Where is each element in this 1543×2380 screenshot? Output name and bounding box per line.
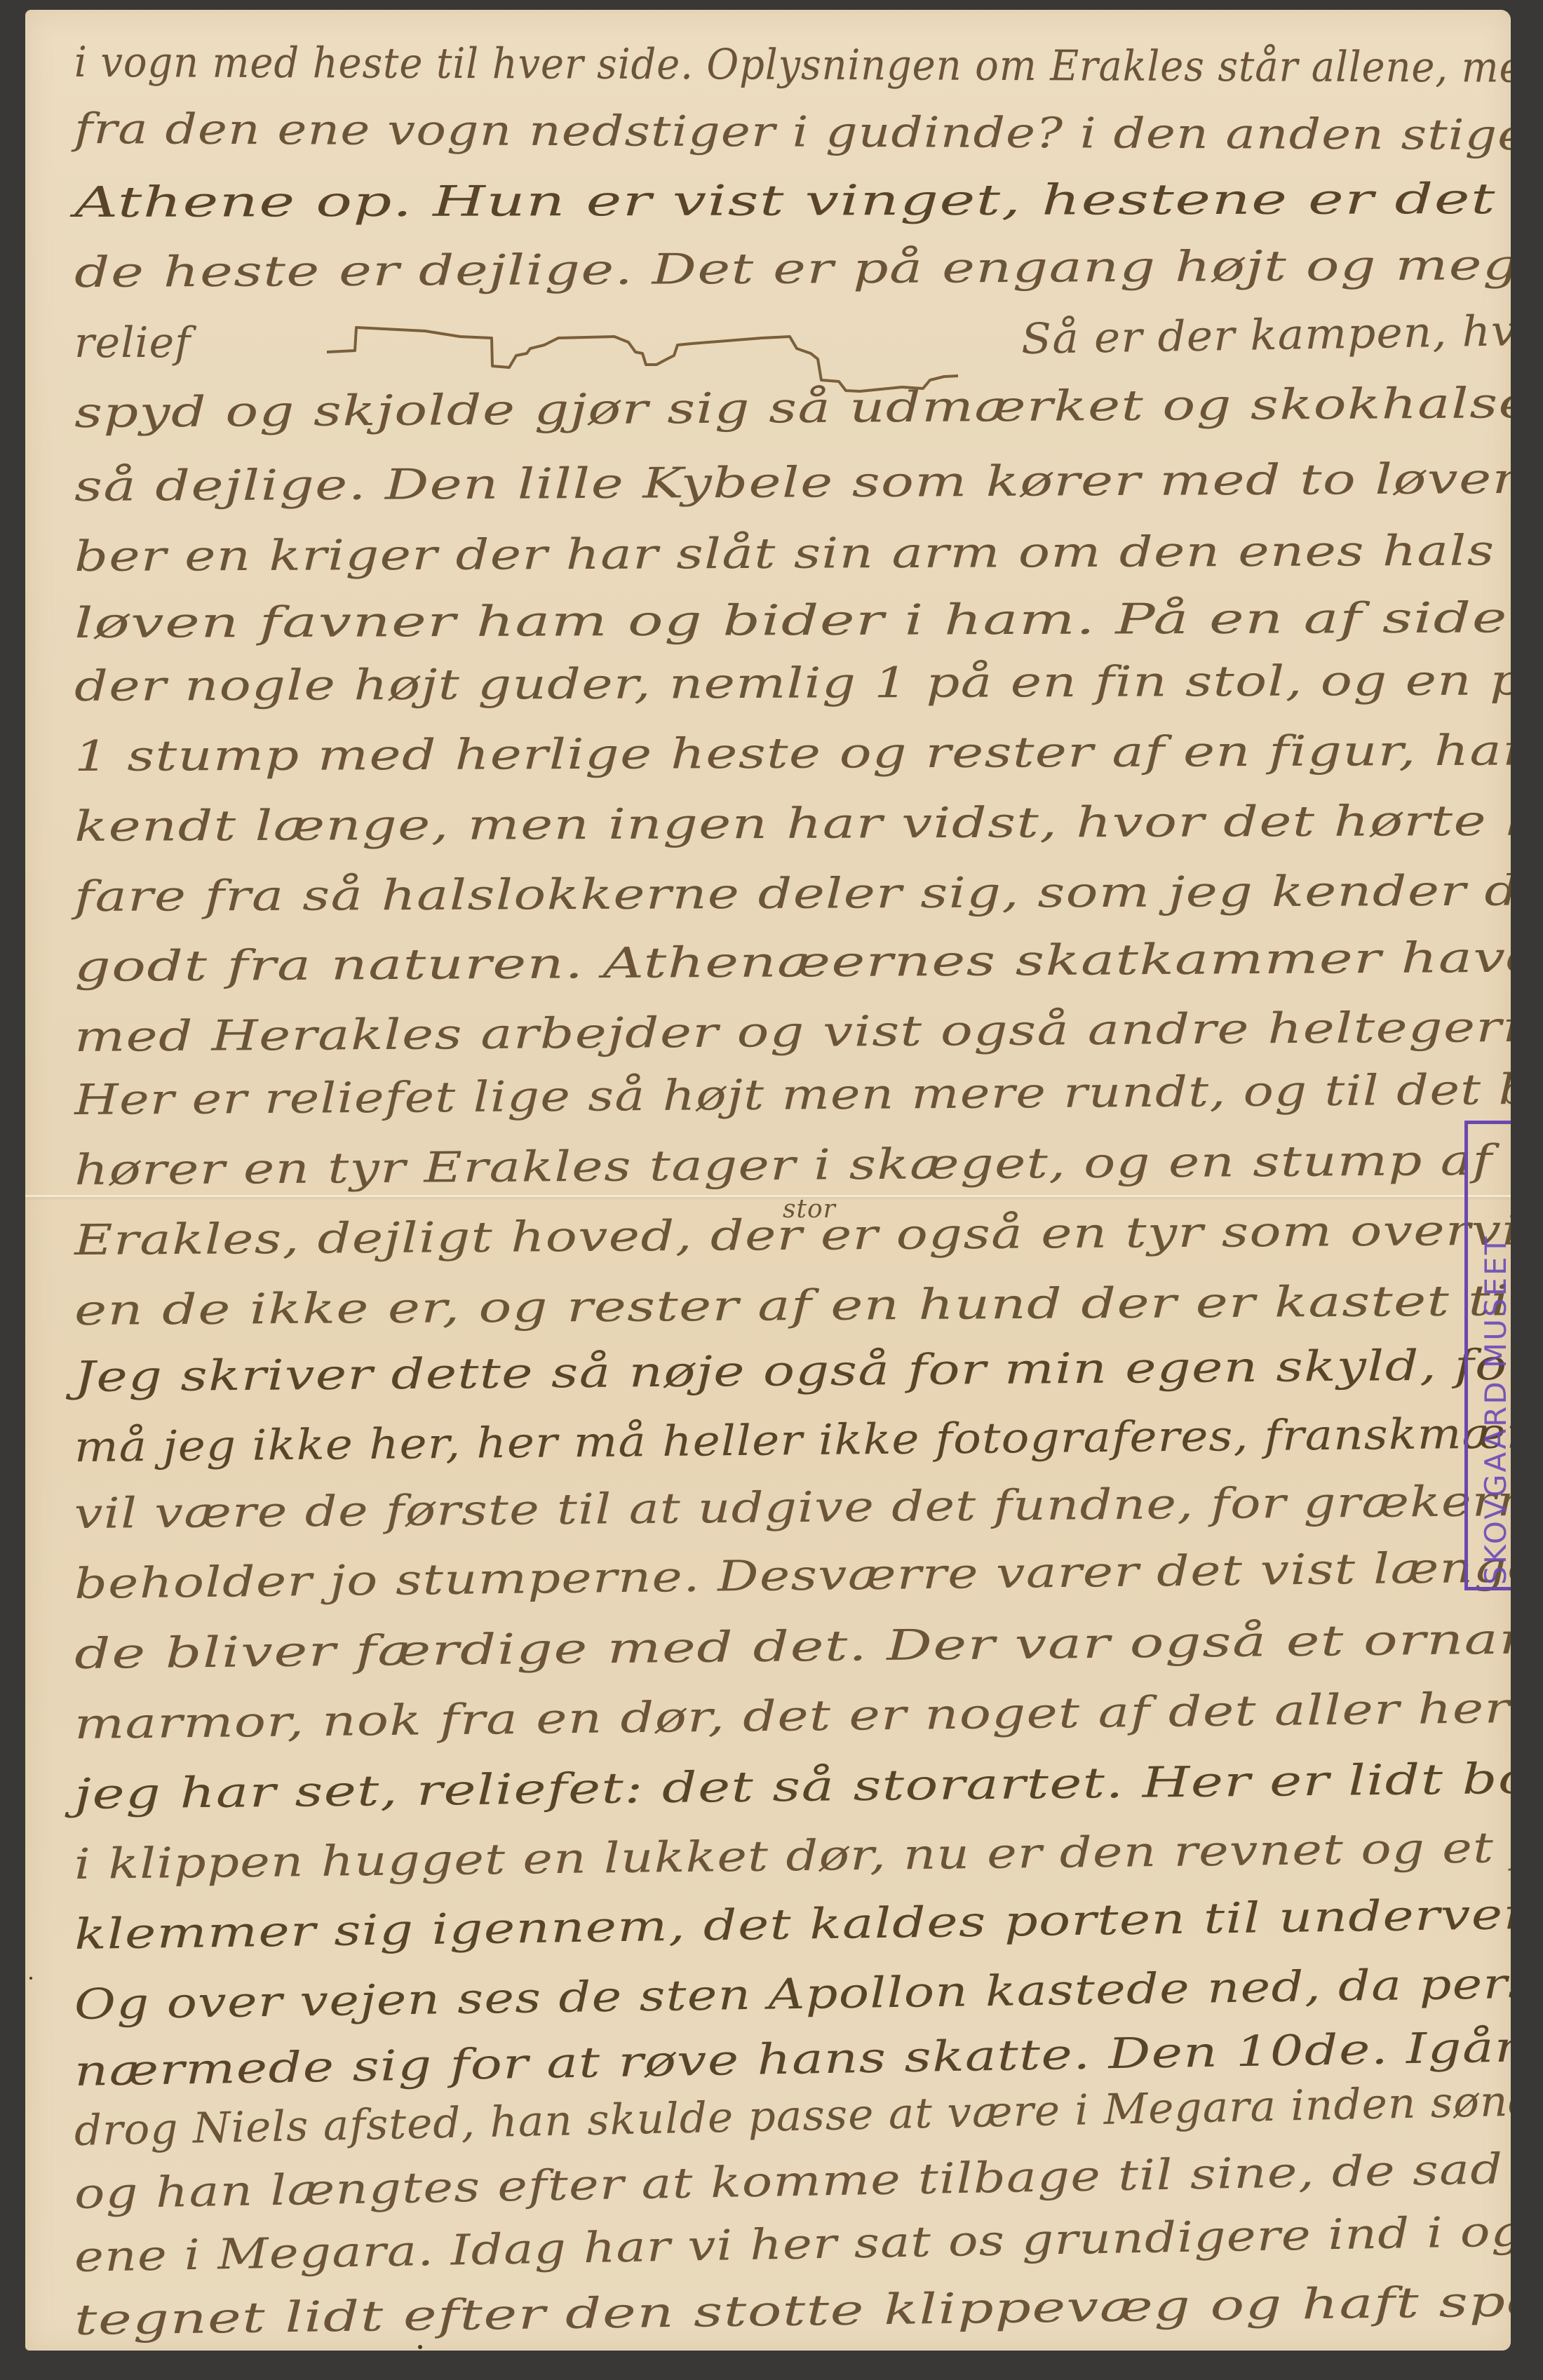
text-line: løven favner ham og bider i ham. På en a… — [74, 593, 1511, 648]
text-line: fra den ene vogn nedstiger i gudinde? i … — [74, 104, 1511, 161]
text-line: relief — [74, 318, 191, 367]
scanned-letter: i vogn med heste til hver side. Oplysnin… — [0, 0, 1543, 2380]
text-line: der nogle højt guder, nemlig 1 på en fin… — [74, 655, 1511, 711]
text-line: kendt længe, men ingen har vidst, hvor d… — [74, 795, 1511, 851]
text-line: Athene op. Hun er vist vinget, hestene e… — [74, 174, 1511, 227]
text-line: 1 stump med herlige heste og rester af e… — [74, 725, 1511, 781]
text-line: så dejlige. Den lille Kybele som kører m… — [74, 453, 1511, 511]
text-line: jeg har set, reliefet: det så storartet.… — [74, 1753, 1511, 1819]
text-line: Så er der kampen, hvor — [1020, 306, 1511, 364]
paper-fold — [25, 1195, 1511, 1197]
text-line: Jeg skriver dette så nøje også for min e… — [74, 1339, 1511, 1402]
relief-outline-sketch — [327, 324, 958, 401]
text-line: i vogn med heste til hver side. Oplysnin… — [74, 38, 1511, 93]
text-line: godt fra naturen. Athenæernes skatkammer… — [74, 931, 1511, 992]
museum-stamp-text: SKOVGAARD MUSEET — [1478, 1235, 1513, 1585]
text-line: vil være de første til at udgive det fun… — [74, 1477, 1511, 1539]
letter-paper: i vogn med heste til hver side. Oplysnin… — [25, 10, 1511, 2351]
text-line: Her er reliefet lige så højt men mere ru… — [74, 1064, 1511, 1125]
text-line: Erakles, dejligt hoved, der er også en t… — [74, 1205, 1511, 1265]
text-line: Og over vejen ses de sten Apollon kasted… — [74, 1957, 1511, 2029]
text-line: tegnet lidt efter den stotte klippevæg o… — [74, 2275, 1511, 2345]
text-line: i klippen hugget en lukket dør, nu er de… — [74, 1820, 1511, 1889]
text-line: ber en kriger der har slåt sin arm om de… — [74, 525, 1511, 581]
text-line: marmor, nok fra en dør, det er noget af … — [74, 1682, 1511, 1749]
text-line: og han længtes efter at komme tilbage ti… — [74, 2142, 1511, 2219]
text-line: beholder jo stumperne. Desværre varer de… — [74, 1541, 1511, 1609]
ink-dot — [418, 2345, 422, 2349]
text-line: fare fra så halslokkerne deler sig, som … — [74, 866, 1511, 921]
text-line: klemmer sig igennem, det kaldes porten t… — [74, 1887, 1511, 1959]
text-line: med Herakles arbejder og vist også andre… — [74, 1001, 1511, 1062]
text-line: en de ikke er, og rester af en hund der … — [74, 1275, 1511, 1335]
ink-dot — [29, 1977, 32, 1980]
text-line: hører en tyr Erakles tager i skæget, og … — [74, 1135, 1511, 1195]
text-line: må jeg ikke her, her må heller ikke foto… — [74, 1407, 1511, 1472]
text-line: de heste er dejlige. Det er på engang hø… — [74, 240, 1511, 297]
text-line: de bliver færdige med det. Der var også … — [74, 1613, 1511, 1679]
